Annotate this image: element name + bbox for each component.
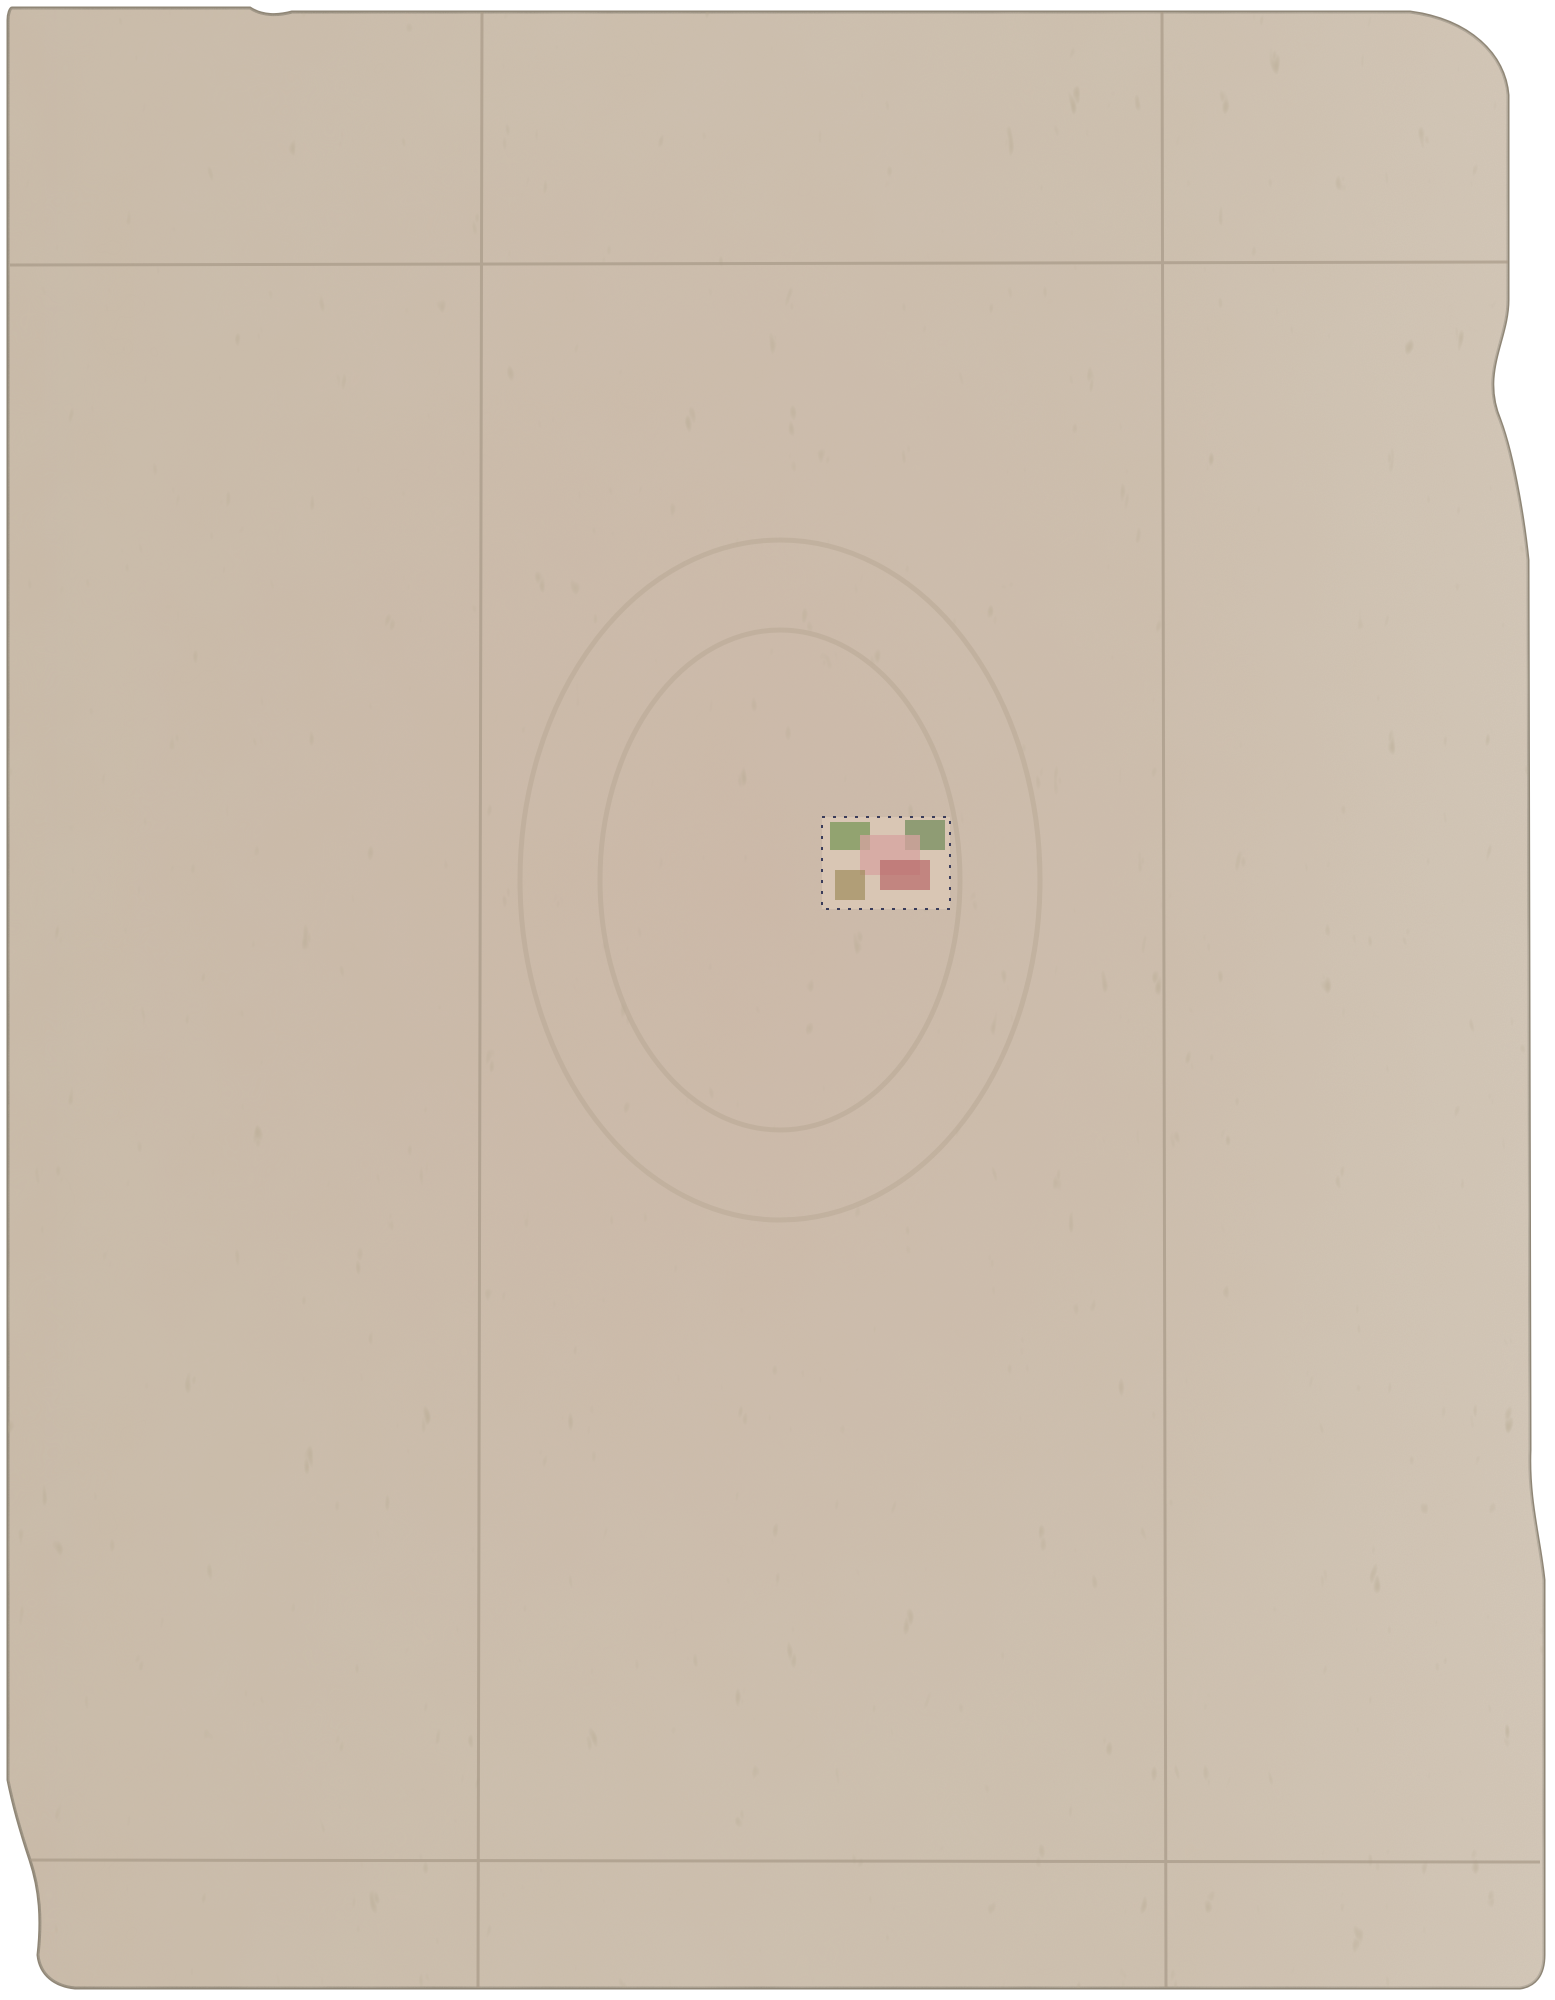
- repair-patch: [822, 817, 950, 909]
- product-photo: [0, 0, 1555, 2000]
- rug-body: [0, 0, 1555, 2000]
- rug-image: [0, 0, 1555, 2000]
